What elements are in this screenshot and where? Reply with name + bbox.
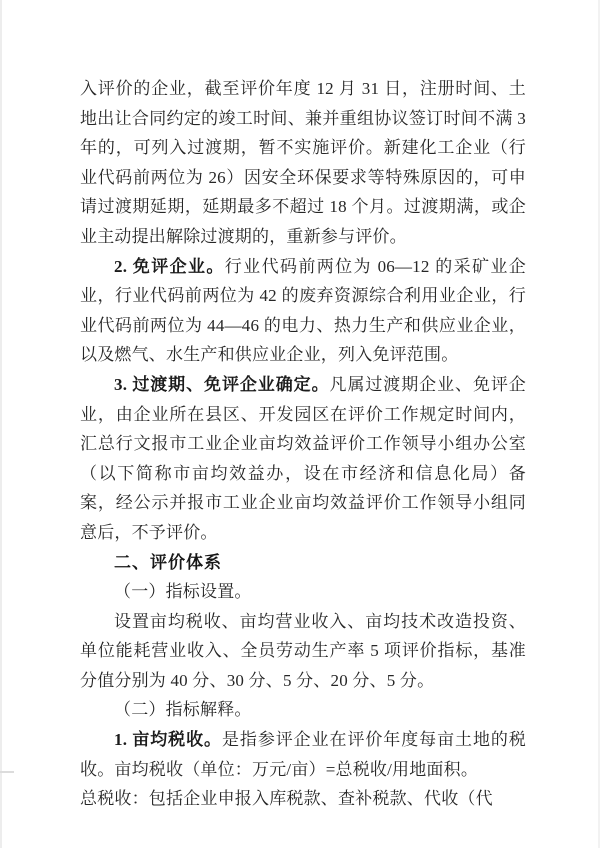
- paragraph: 入评价的企业，截至评价年度 12 月 31 日，注册时间、土地出让合同约定的竣工…: [80, 74, 526, 252]
- paragraph: 3. 过渡期、免评企业确定。凡属过渡期企业、免评企业，由企业所在县区、开发园区在…: [80, 370, 526, 548]
- paragraph: 设置亩均税收、亩均营业收入、亩均技术改造投资、单位能耗营业收入、全员劳动生产率 …: [80, 607, 526, 696]
- paragraph: 1. 亩均税收。是指参评企业在评价年度每亩土地的税收。亩均税收（单位：万元/亩）…: [80, 725, 526, 784]
- paragraph-lead: 3. 过渡期、免评企业确定。: [114, 375, 330, 394]
- paragraph: （二）指标解释。: [80, 695, 526, 725]
- paragraph: 2. 免评企业。行业代码前两位为 06—12 的采矿业企业，行业代码前两位为 4…: [80, 252, 526, 370]
- paragraph: （一）指标设置。: [80, 577, 526, 607]
- section-heading: 二、评价体系: [80, 548, 526, 578]
- document-page: 入评价的企业，截至评价年度 12 月 31 日，注册时间、土地出让合同约定的竣工…: [0, 0, 600, 848]
- scan-edge-left: [0, 0, 2, 848]
- paragraph-lead: 1. 亩均税收。: [114, 730, 222, 749]
- paragraph: 总税收：包括企业申报入库税款、查补税款、代收（代: [80, 784, 526, 814]
- document-body: 入评价的企业，截至评价年度 12 月 31 日，注册时间、土地出让合同约定的竣工…: [80, 74, 526, 814]
- scan-artifact: [0, 771, 14, 773]
- paragraph-lead: 2. 免评企业。: [114, 257, 225, 276]
